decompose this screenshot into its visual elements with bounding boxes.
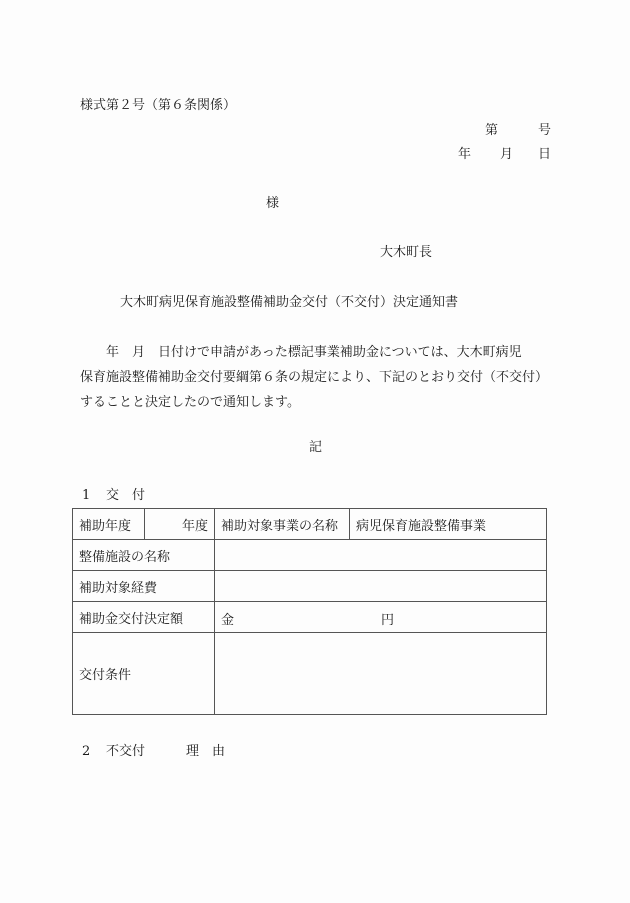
table-row-facility-name: 整備施設の名称: [73, 540, 547, 571]
section1-label: 交 付: [106, 488, 145, 504]
section1-number: 1: [82, 488, 90, 504]
reason-label: 理 由: [186, 744, 225, 760]
doc-number-suffix: 号: [538, 123, 551, 139]
eligible-cost-label: 補助対象経費: [73, 571, 215, 602]
table-row-conditions: 交付条件: [73, 633, 547, 715]
body-line: 年 月 日付けで申請があった標記事業補助金については、大木町病児: [80, 340, 555, 365]
grant-amount-value[interactable]: 金 円: [215, 602, 547, 633]
body-paragraph: 年 月 日付けで申請があった標記事業補助金については、大木町病児 保育施設整備補…: [80, 340, 555, 415]
form-label: 様式第２号（第６条関係）: [80, 98, 236, 114]
grant-amount-suffix: 円: [381, 609, 394, 628]
ki-heading: 記: [309, 440, 322, 456]
date-year: 年: [458, 147, 471, 163]
body-line: 保育施設整備補助金交付要綱第６条の規定により、下記のとおり交付（不交付）: [80, 365, 555, 390]
doc-number-prefix: 第: [485, 123, 498, 139]
table-row-grant-amount: 補助金交付決定額 金 円: [73, 602, 547, 633]
conditions-value[interactable]: [215, 633, 547, 715]
facility-name-label: 整備施設の名称: [73, 540, 215, 571]
body-line: することと決定したので通知します。: [80, 390, 555, 415]
table-row-eligible-cost: 補助対象経費: [73, 571, 547, 602]
subsidy-year-value[interactable]: 年度: [145, 509, 215, 540]
project-name-label: 補助対象事業の名称: [215, 509, 350, 540]
date-month: 月: [500, 147, 513, 163]
document-title: 大木町病児保育施設整備補助金交付（不交付）決定通知書: [120, 295, 458, 311]
grant-amount-label: 補助金交付決定額: [73, 602, 215, 633]
subsidy-year-label: 補助年度: [73, 509, 145, 540]
grant-amount-prefix: 金: [221, 613, 234, 628]
project-name-value: 病児保育施設整備事業: [350, 509, 547, 540]
addressee-suffix: 様: [266, 196, 279, 212]
eligible-cost-value[interactable]: [215, 571, 547, 602]
table-row-subsidy-year: 補助年度 年度 補助対象事業の名称 病児保育施設整備事業: [73, 509, 547, 540]
section2-number: 2: [82, 744, 90, 760]
grant-table: 補助年度 年度 補助対象事業の名称 病児保育施設整備事業 整備施設の名称 補助対…: [72, 508, 547, 715]
sender: 大木町長: [380, 245, 432, 261]
facility-name-value[interactable]: [215, 540, 547, 571]
conditions-label: 交付条件: [73, 633, 215, 715]
date-day: 日: [538, 147, 551, 163]
section2-label: 不交付: [106, 744, 145, 760]
